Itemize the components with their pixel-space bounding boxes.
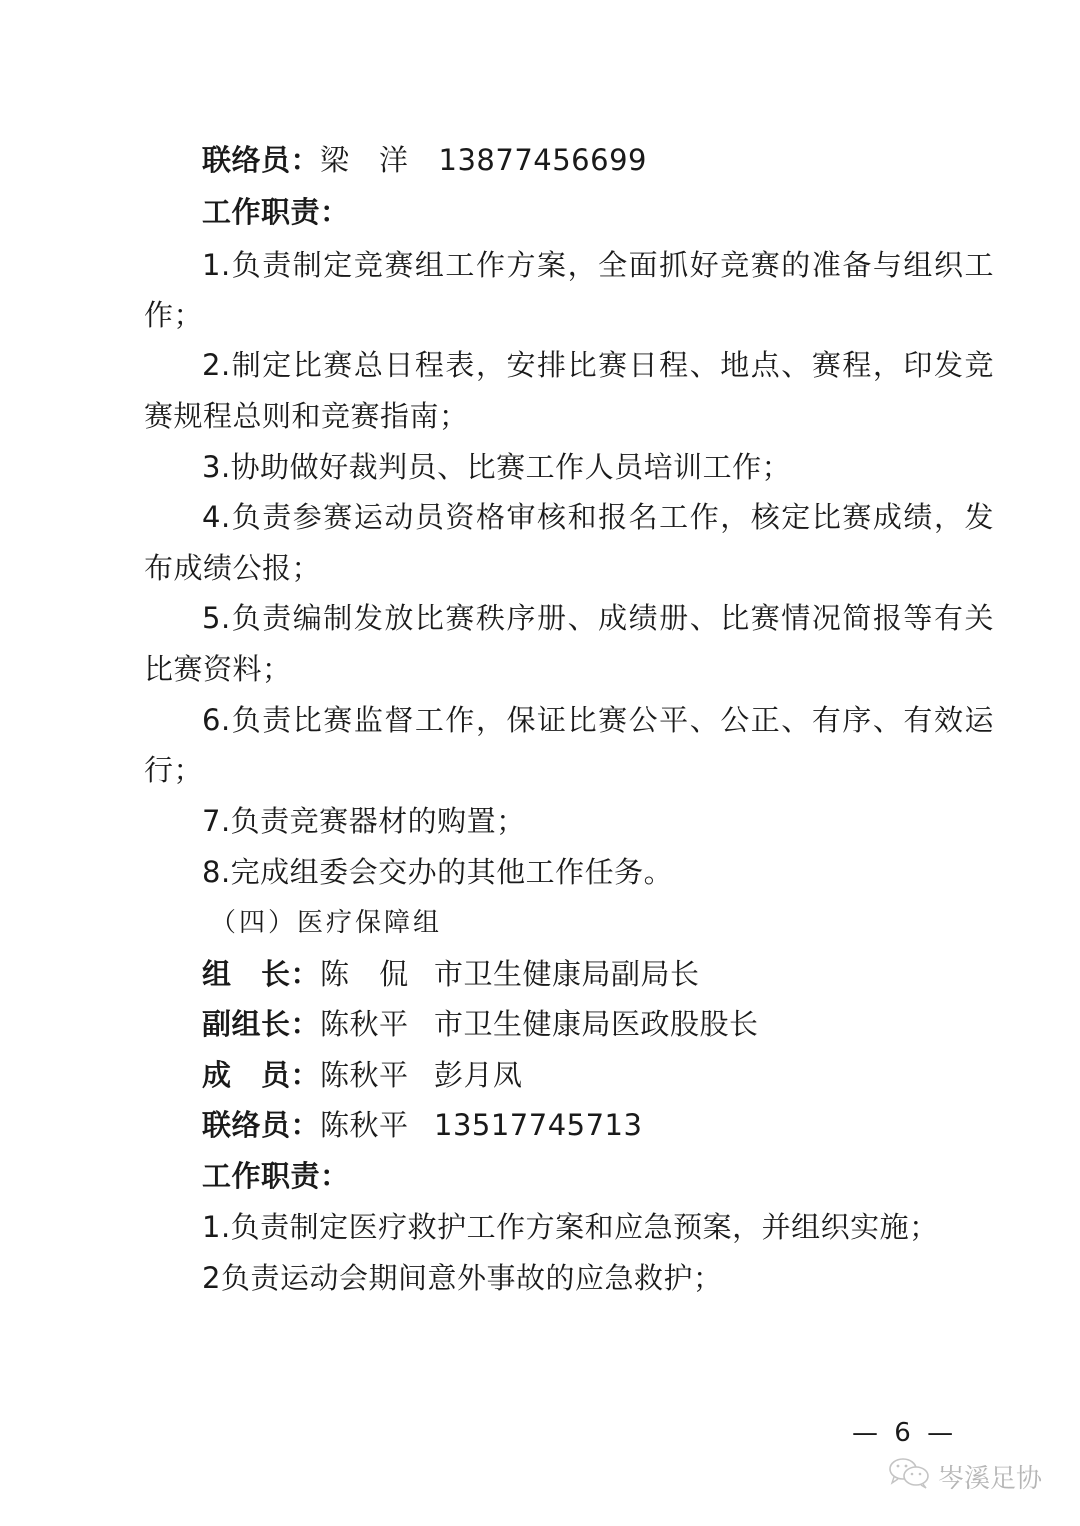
leader-row: 组 长： 陈 侃 市卫生健康局副局长 bbox=[202, 954, 700, 994]
watermark-text: 岑溪足协 bbox=[938, 1458, 1042, 1495]
page-number: — 6 — bbox=[852, 1416, 957, 1450]
section-heading-medical: （四）医疗保障组 bbox=[210, 903, 442, 943]
wechat-icon bbox=[888, 1457, 938, 1496]
leader-name: 陈 侃 bbox=[320, 954, 434, 994]
duty-item-5: 5.负责编制发放比赛秩序册、成绩册、比赛情况简报等有关 bbox=[202, 598, 994, 638]
duty-item-1: 1.负责制定竞赛组工作方案，全面抓好竞赛的准备与组织工 bbox=[202, 245, 994, 285]
duty-item-3: 3.协助做好裁判员、比赛工作人员培训工作； bbox=[202, 447, 791, 487]
medical-liaison-row: 联络员： 陈秋平 13517745713 bbox=[202, 1105, 642, 1145]
liaison-label: 联络员： bbox=[202, 143, 320, 177]
medical-duties-heading: 工作职责： bbox=[202, 1156, 350, 1196]
duty-item-5-cont: 比赛资料； bbox=[144, 649, 292, 689]
duty-item-4: 4.负责参赛运动员资格审核和报名工作，核定比赛成绩，发 bbox=[202, 497, 994, 537]
deputy-name: 陈秋平 bbox=[320, 1004, 434, 1044]
duty-item-8: 8.完成组委会交办的其他工作任务。 bbox=[202, 852, 673, 892]
duty-item-2-cont: 赛规程总则和竞赛指南； bbox=[144, 396, 469, 436]
duties-heading: 工作职责： bbox=[202, 192, 350, 232]
members-row: 成 员： 陈秋平 彭月凤 bbox=[202, 1055, 523, 1095]
leader-title: 市卫生健康局副局长 bbox=[434, 954, 700, 994]
duty-item-2: 2.制定比赛总日程表，安排比赛日程、地点、赛程，印发竞 bbox=[202, 345, 994, 385]
leader-label: 组 长： bbox=[202, 954, 320, 994]
duty-item-1-cont: 作； bbox=[144, 295, 203, 335]
medical-duty-item-2: 2负责运动会期间意外事故的应急救护； bbox=[202, 1258, 722, 1298]
duty-item-7: 7.负责竞赛器材的购置； bbox=[202, 801, 526, 841]
duty-item-6-cont: 行； bbox=[144, 750, 203, 790]
duty-item-4-cont: 布成绩公报； bbox=[144, 548, 321, 588]
medical-duty-item-1: 1.负责制定医疗救护工作方案和应急预案，并组织实施； bbox=[202, 1207, 939, 1247]
deputy-row: 副组长： 陈秋平 市卫生健康局医政股股长 bbox=[202, 1004, 759, 1044]
medical-liaison-name: 陈秋平 bbox=[320, 1105, 434, 1145]
members-label: 成 员： bbox=[202, 1055, 320, 1095]
medical-liaison-phone: 13517745713 bbox=[434, 1105, 642, 1145]
watermark: 岑溪足协 bbox=[888, 1457, 1042, 1496]
liaison-row-top: 联络员：梁 洋13877456699 bbox=[202, 140, 647, 180]
medical-liaison-label: 联络员： bbox=[202, 1105, 320, 1145]
members-name: 陈秋平 bbox=[320, 1055, 434, 1095]
liaison-name: 梁 洋 bbox=[320, 143, 409, 177]
deputy-title: 市卫生健康局医政股股长 bbox=[434, 1004, 759, 1044]
members-other: 彭月凤 bbox=[434, 1055, 523, 1095]
duty-item-6: 6.负责比赛监督工作，保证比赛公平、公正、有序、有效运 bbox=[202, 700, 994, 740]
deputy-label: 副组长： bbox=[202, 1004, 320, 1044]
liaison-phone: 13877456699 bbox=[439, 143, 647, 177]
